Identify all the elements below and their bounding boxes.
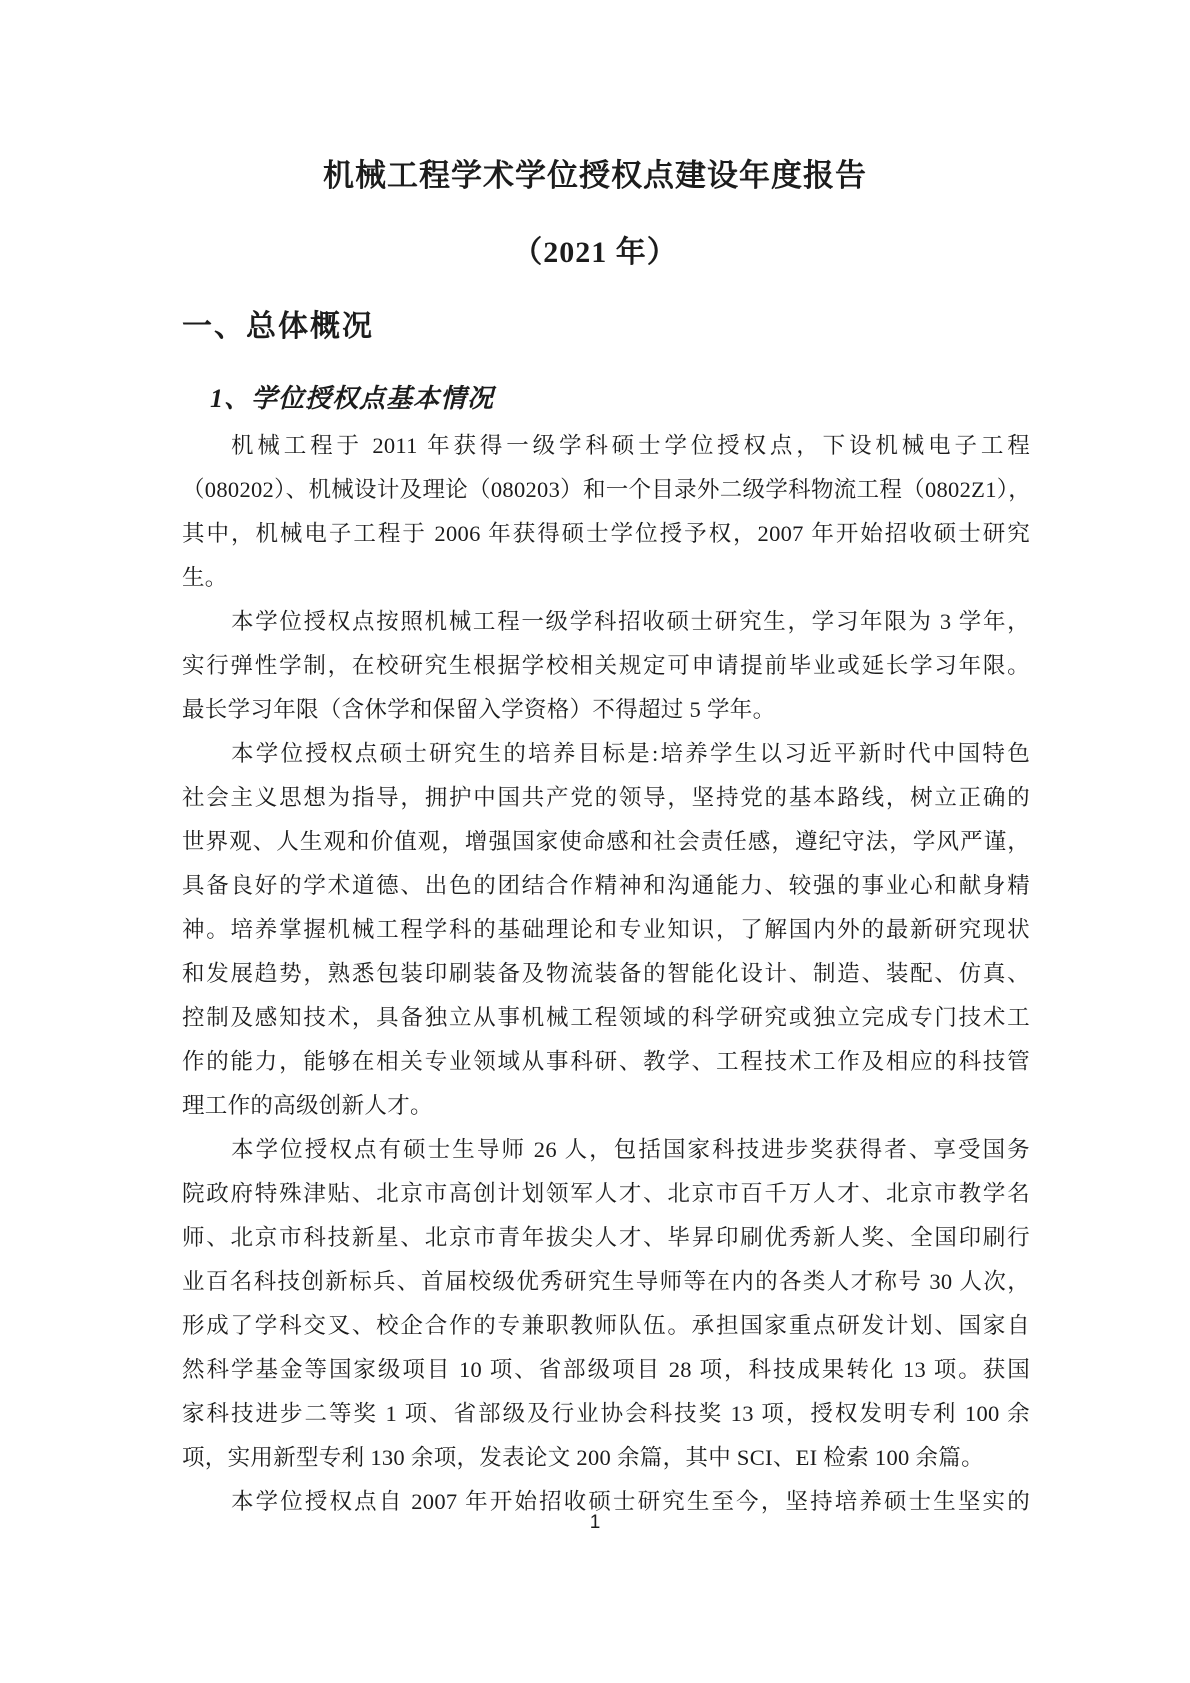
text-line: 神。培养掌握机械工程学科的基础理论和专业知识，了解国内外的最新研究现状 [182,908,1030,952]
text-line: 实行弹性学制，在校研究生根据学校相关规定可申请提前毕业或延长学习年限。 [182,644,1030,688]
text-line: 师、北京市科技新星、北京市青年拔尖人才、毕昇印刷优秀新人奖、全国印刷行 [182,1216,1030,1260]
text-line: 业百名科技创新标兵、首届校级优秀研究生导师等在内的各类人才称号 30 人次， [182,1260,1030,1304]
text-line: 和发展趋势，熟悉包装印刷装备及物流装备的智能化设计、制造、装配、仿真、 [182,952,1030,996]
text-line: 理工作的高级创新人才。 [182,1084,1030,1128]
text-line: 具备良好的学术道德、出色的团结合作精神和沟通能力、较强的事业心和献身精 [182,864,1030,908]
text-line: （080202）、机械设计及理论（080203）和一个目录外二级学科物流工程（0… [182,468,1030,512]
text-line: 控制及感知技术，具备独立从事机械工程领域的科学研究或独立完成专门技术工 [182,996,1030,1040]
text-line: 社会主义思想为指导，拥护中国共产党的领导，坚持党的基本路线，树立正确的 [182,776,1030,820]
text-line: 机械工程于 2011 年获得一级学科硕士学位授权点，下设机械电子工程 [182,424,1030,468]
text-line: 作的能力，能够在相关专业领域从事科研、教学、工程技术工作及相应的科技管 [182,1040,1030,1084]
text-line: 其中，机械电子工程于 2006 年获得硕士学位授予权，2007 年开始招收硕士研… [182,512,1030,556]
paragraph: 本学位授权点硕士研究生的培养目标是:培养学生以习近平新时代中国特色社会主义思想为… [182,732,1030,1128]
page-number: 1 [0,1512,1190,1534]
document-subtitle: （2021 年） [0,227,1190,271]
document-title: 机械工程学术学位授权点建设年度报告 [0,150,1190,195]
text-line: 形成了学科交叉、校企合作的专兼职教师队伍。承担国家重点研发计划、国家自 [182,1304,1030,1348]
paragraph: 本学位授权点有硕士生导师 26 人，包括国家科技进步奖获得者、享受国务院政府特殊… [182,1128,1030,1480]
text-line: 本学位授权点有硕士生导师 26 人，包括国家科技进步奖获得者、享受国务 [182,1128,1030,1172]
subsection-heading: 1、学位授权点基本情况 [210,378,494,415]
text-line: 最长学习年限（含休学和保留入学资格）不得超过 5 学年。 [182,688,1030,732]
text-line: 然科学基金等国家级项目 10 项、省部级项目 28 项，科技成果转化 13 项。… [182,1348,1030,1392]
paragraph: 本学位授权点按照机械工程一级学科招收硕士研究生，学习年限为 3 学年，实行弹性学… [182,600,1030,732]
text-line: 本学位授权点按照机械工程一级学科招收硕士研究生，学习年限为 3 学年， [182,600,1030,644]
text-line: 世界观、人生观和价值观，增强国家使命感和社会责任感，遵纪守法，学风严谨， [182,820,1030,864]
text-line: 项，实用新型专利 130 余项，发表论文 200 余篇，其中 SCI、EI 检索… [182,1436,1030,1480]
section-heading: 一、总体概况 [182,301,374,345]
paragraph: 机械工程于 2011 年获得一级学科硕士学位授权点，下设机械电子工程（08020… [182,424,1030,600]
document-page: 机械工程学术学位授权点建设年度报告 （2021 年） 一、总体概况 1、学位授权… [0,0,1190,1683]
text-line: 家科技进步二等奖 1 项、省部级及行业协会科技奖 13 项，授权发明专利 100… [182,1392,1030,1436]
text-line: 院政府特殊津贴、北京市高创计划领军人才、北京市百千万人才、北京市教学名 [182,1172,1030,1216]
body-text: 机械工程于 2011 年获得一级学科硕士学位授权点，下设机械电子工程（08020… [182,424,1030,1524]
text-line: 本学位授权点硕士研究生的培养目标是:培养学生以习近平新时代中国特色 [182,732,1030,776]
text-line: 生。 [182,556,1030,600]
